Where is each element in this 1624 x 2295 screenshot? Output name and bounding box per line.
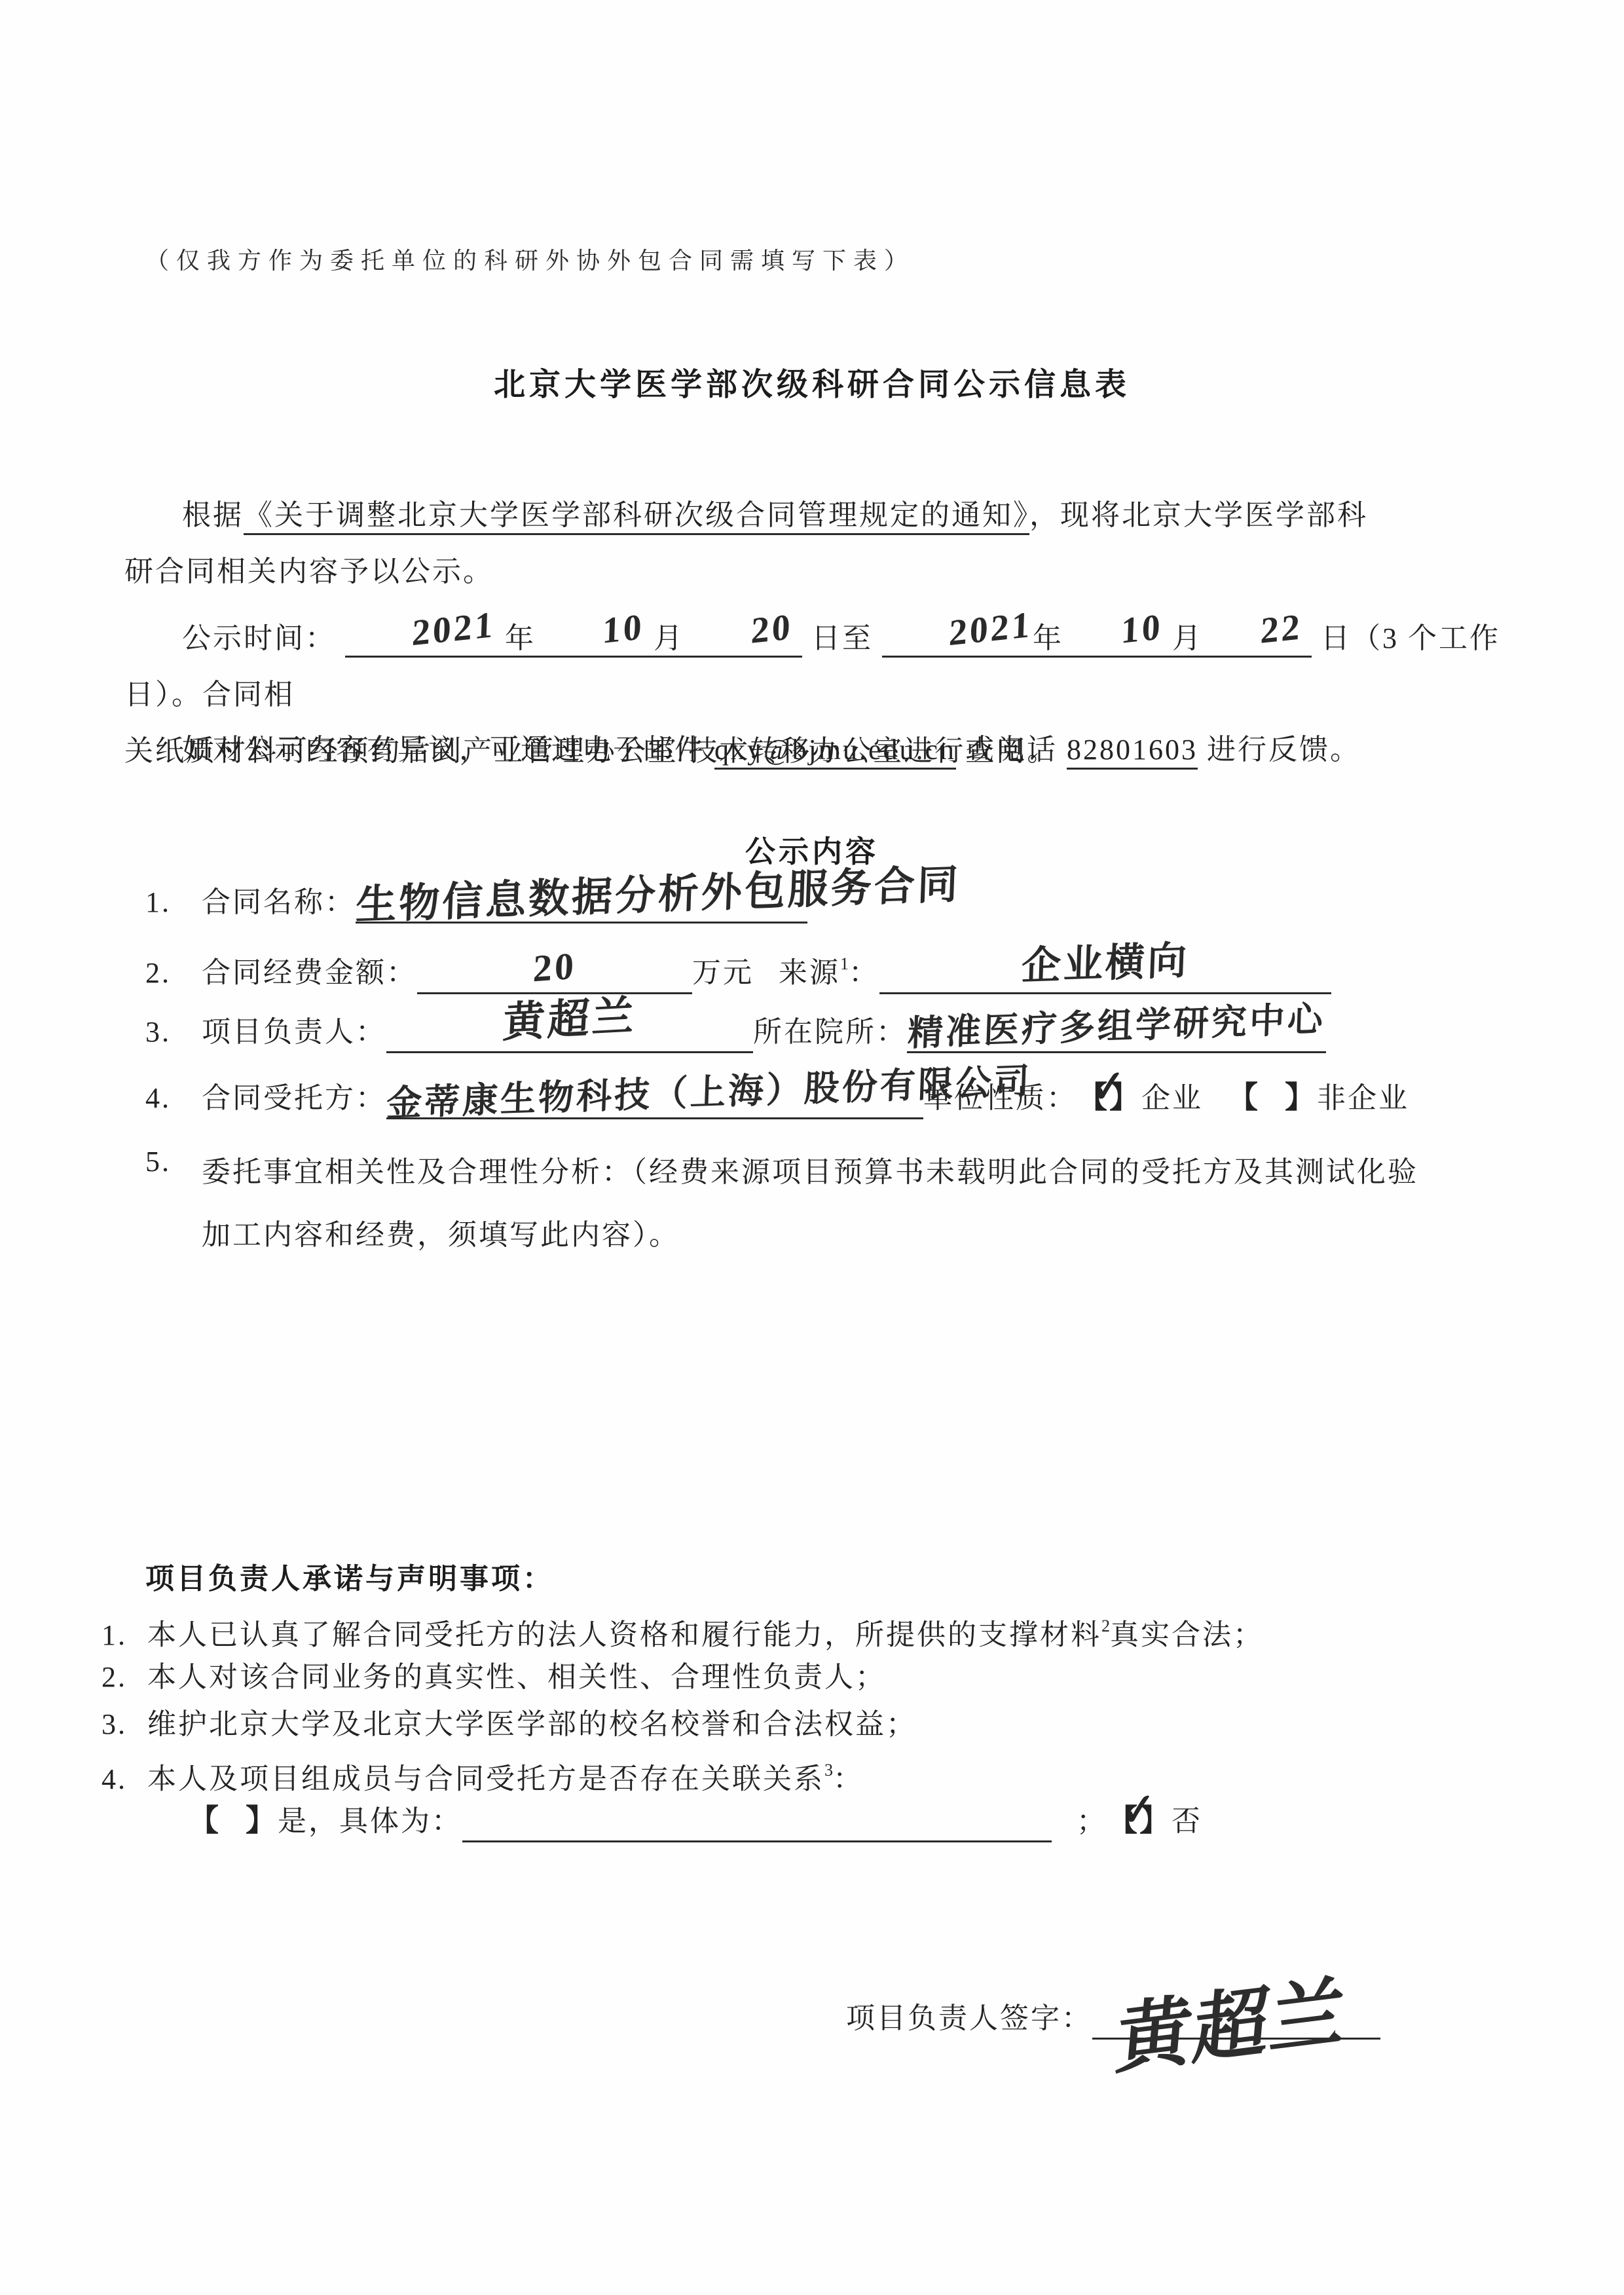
- relation-row: 【】是，具体为：；【✓】否: [189, 1800, 1202, 1842]
- relation-no-label: 否: [1172, 1805, 1202, 1837]
- intro-tail-2: 研合同相关内容予以公示。: [124, 555, 494, 588]
- contract-name-label: 合同名称：: [202, 886, 356, 918]
- funding-row: 2.合同经费金额：20万元来源1：企业横向: [145, 946, 1331, 994]
- item-number: 1.: [101, 1613, 147, 1658]
- checkbox-relation-no: 【✓】: [1107, 1800, 1172, 1842]
- item-number: 1.: [145, 882, 202, 924]
- checkbox-enterprise: 【✓】: [1077, 1077, 1141, 1119]
- contract-name-row: 1.合同名称：生物信息数据分析外包服务合同: [145, 882, 807, 924]
- handwritten-contract-name: 生物信息数据分析外包服务合同: [355, 864, 961, 927]
- handwritten-end-year: 2021: [891, 596, 1033, 667]
- relation-detail-blank: [462, 1802, 1052, 1842]
- footnote-mark-3: 3: [824, 1761, 833, 1780]
- contract-name-blank: 生物信息数据分析外包服务合同: [356, 884, 807, 924]
- year-unit-2: 年: [1033, 622, 1063, 654]
- check-mark-icon: ✓: [1092, 1063, 1127, 1112]
- bracket-open: 【: [189, 1804, 221, 1837]
- declaration-text-1b: 真实合法；: [1110, 1619, 1264, 1651]
- declaration-item-2: 2.本人对该合同业务的真实性、相关性、合理性负责人；: [101, 1654, 886, 1700]
- handwritten-pi-name: 黄超兰: [502, 996, 637, 1045]
- intro-lead: 根据: [182, 499, 244, 531]
- declaration-text-4b: ：: [833, 1763, 864, 1795]
- item-number: 3.: [101, 1702, 147, 1747]
- analysis-note-2: 加工内容和经费，须填写此内容）。: [202, 1219, 680, 1251]
- signature-blank: 黄超兰: [1092, 2000, 1380, 2040]
- signature-label: 项目负责人签字：: [846, 2002, 1092, 2034]
- pi-row: 3.项目负责人：黄超兰所在院所：精准医疗多组学研究中心: [145, 1011, 1326, 1053]
- handwritten-contractor: 金蒂康生物科技（上海）股份有限公司: [386, 1060, 1033, 1125]
- bracket-close: 】: [246, 1804, 278, 1837]
- handwritten-amount: 20: [532, 944, 577, 990]
- institute-label: 所在院所：: [753, 1016, 907, 1048]
- contractor-blank: 金蒂康生物科技（上海）股份有限公司: [386, 1079, 923, 1119]
- contractor-label: 合同受托方：: [202, 1082, 386, 1114]
- intro-tail-1: ，现将北京大学医学部科: [1029, 499, 1368, 531]
- section-title: 公示内容: [0, 828, 1624, 871]
- analysis-row: 5.委托事宜相关性及合理性分析：（经费来源项目预算书未载明此合同的受托方及其测试…: [145, 1141, 1498, 1267]
- source-colon: ：: [849, 957, 879, 989]
- handwritten-institute: 精准医疗多组学研究中心: [907, 998, 1326, 1054]
- analysis-text: 委托事宜相关性及合理性分析：（经费来源项目预算书未载明此合同的受托方及其测试化验…: [202, 1141, 1498, 1267]
- analysis-label: 委托事宜相关性及合理性分析：: [202, 1156, 633, 1188]
- handwritten-end-month: 10: [1063, 599, 1164, 666]
- declaration-heading: 项目负责人承诺与声明事项：: [145, 1555, 554, 1597]
- pi-name-blank: 黄超兰: [386, 1013, 753, 1053]
- handwritten-funding-source: 企业横向: [1021, 939, 1190, 987]
- year-unit: 年: [505, 622, 536, 654]
- item-number: 3.: [145, 1011, 202, 1053]
- handwritten-start-day: 20: [693, 599, 794, 666]
- declaration-text-1a: 本人已认真了解合同受托方的法人资格和履行能力，所提供的支撑材料: [147, 1619, 1101, 1651]
- intro-paragraph: 根据《关于调整北京大学医学部科研次级合同管理规定的通知》，现将北京大学医学部科研…: [124, 487, 1502, 600]
- checkbox-relation-yes: 【】: [189, 1800, 278, 1842]
- publicity-label: 公示时间：: [182, 622, 336, 654]
- item-number: 2.: [145, 952, 202, 994]
- declaration-text-2: 本人对该合同业务的真实性、相关性、合理性负责人；: [147, 1661, 886, 1693]
- declaration-item-3: 3.维护北京大学及北京大学医学部的校名校誉和合法权益；: [101, 1702, 917, 1747]
- option-enterprise-label: 企业: [1141, 1082, 1203, 1114]
- relation-separator: ；: [1077, 1805, 1107, 1837]
- declaration-item-1: 1.本人已认真了解合同受托方的法人资格和履行能力，所提供的支撑材料2真实合法；: [101, 1606, 1264, 1658]
- declaration-text-4a: 本人及项目组成员与合同受托方是否存在关联关系: [147, 1763, 824, 1795]
- handwritten-start-month: 10: [544, 599, 645, 666]
- analysis-note-1: （经费来源项目预算书未载明此合同的受托方及其测试化验: [633, 1156, 1418, 1188]
- handwritten-end-day: 22: [1202, 599, 1303, 666]
- feedback-paragraph: 如对公示内容有异议，可通过电子邮件 qxy@bjmu.edu.cn 或电话 82…: [124, 728, 1502, 772]
- amount-blank: 20: [417, 954, 692, 994]
- funding-source-blank: 企业横向: [879, 954, 1331, 994]
- checkbox-non-enterprise: 【】: [1228, 1077, 1317, 1119]
- footnote-mark-2: 2: [1101, 1616, 1110, 1635]
- top-note: （仅我方作为委托单位的科研外协外包合同需填写下表）: [145, 242, 915, 276]
- declaration-text-3: 维护北京大学及北京大学医学部的校名校誉和合法权益；: [147, 1708, 917, 1740]
- bracket-open: 【: [1228, 1081, 1260, 1114]
- feedback-middle: 或电话: [956, 734, 1067, 766]
- declaration-item-4: 4.本人及项目组成员与合同受托方是否存在关联关系3：: [101, 1750, 864, 1802]
- phone-text: 82801603: [1067, 734, 1198, 770]
- institute-blank: 精准医疗多组学研究中心: [907, 1013, 1326, 1053]
- item-number: 5.: [145, 1141, 202, 1183]
- option-non-enterprise-label: 非企业: [1317, 1082, 1409, 1114]
- source-footnote-mark: 1: [840, 954, 849, 973]
- page-title: 北京大学医学部次级科研合同公示信息表: [0, 359, 1624, 404]
- pi-label: 项目负责人：: [202, 1016, 386, 1048]
- relation-yes-label: 是，具体为：: [278, 1805, 462, 1837]
- item-number: 4.: [145, 1077, 202, 1119]
- contractor-row: 4.合同受托方：金蒂康生物科技（上海）股份有限公司单位性质：【✓】企业【】非企业: [145, 1077, 1409, 1119]
- month-unit-2: 月: [1172, 622, 1203, 654]
- amount-label: 合同经费金额：: [202, 957, 417, 989]
- feedback-suffix: 进行反馈。: [1198, 734, 1361, 766]
- source-label: 来源: [779, 957, 840, 989]
- handwritten-signature: 黄超兰: [1115, 1992, 1348, 2062]
- check-mark-icon: ✓: [1122, 1786, 1157, 1835]
- bracket-close: 】: [1285, 1081, 1317, 1114]
- end-date-blank: 2021年10 月22: [882, 622, 1312, 658]
- handwritten-start-year: 2021: [354, 596, 496, 667]
- item-number: 2.: [101, 1654, 147, 1700]
- month-unit: 月: [654, 622, 684, 654]
- scanned-form-page: （仅我方作为委托单位的科研外协外包合同需填写下表） 北京大学医学部次级科研合同公…: [0, 0, 1624, 2295]
- signature-row: 项目负责人签字：黄超兰: [846, 1998, 1380, 2040]
- day-unit: 日: [1321, 622, 1352, 654]
- notice-title: 《关于调整北京大学医学部科研次级合同管理规定的通知》: [244, 499, 1029, 535]
- item-number: 4.: [101, 1757, 147, 1802]
- email-text: qxy@bjmu.edu.cn: [714, 734, 956, 770]
- start-date-blank: 2021 年 10 月 20: [345, 622, 802, 658]
- to-unit: 日至: [811, 622, 873, 654]
- amount-unit: 万元: [692, 957, 754, 989]
- feedback-prefix: 如对公示内容有异议，可通过电子邮件: [182, 734, 714, 766]
